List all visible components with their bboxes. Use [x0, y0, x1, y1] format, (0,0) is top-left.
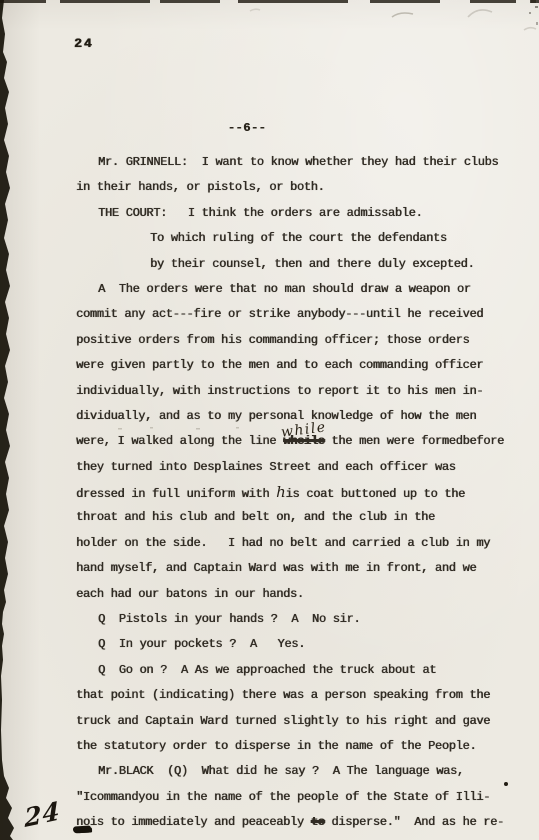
typed-line: Q In your pockets ? A Yes.	[76, 632, 528, 657]
typed-line: the statutory order to disperse in the n…	[76, 734, 528, 759]
transcript-page: 24 --6-- Mr. GRINNELL: I want to know wh…	[0, 0, 539, 840]
typed-line: hand myself, and Captain Ward was with m…	[76, 556, 528, 581]
handwritten-correction: while	[280, 416, 329, 447]
typed-line: THE COURT: I think the orders are admiss…	[76, 201, 528, 226]
typed-line: truck and Captain Ward turned slightly t…	[76, 709, 528, 734]
struck-out-word: to	[311, 815, 325, 829]
page-number-bottom-handwritten: 24	[24, 796, 61, 833]
section-marker: --6--	[0, 121, 494, 135]
typed-line: "Icommandyou in the name of the people o…	[76, 785, 528, 810]
typed-line: Q Pistols in your hands ? A No sir.	[76, 607, 528, 632]
typed-line: they turned into Desplaines Street and e…	[76, 455, 528, 480]
pencil-marks	[250, 9, 536, 30]
typed-line: To which ruling of the court the defenda…	[76, 226, 528, 251]
typed-line: were given partly to the men and to each…	[76, 353, 528, 378]
typed-line: in their hands, or pistols, or both.	[76, 175, 528, 200]
corner-specks	[529, 0, 538, 25]
typed-line: that point (indicating) there was a pers…	[76, 683, 528, 708]
typed-line: Mr.BLACK (Q) What did he say ? A The lan…	[76, 759, 528, 784]
transcript-body: Mr. GRINNELL: I want to know whether the…	[76, 150, 528, 836]
typed-line: holder on the side. I had no belt and ca…	[76, 531, 528, 556]
typed-line: Q Go on ? A As we approached the truck a…	[76, 658, 528, 683]
handwritten-insert: h	[276, 483, 285, 501]
typed-line: positive orders from his commanding offi…	[76, 328, 528, 353]
typed-line: throat and his club and belt on, and the…	[76, 505, 528, 530]
typed-line: nois to immediately and peaceably to dis…	[76, 810, 528, 835]
ink-dot	[504, 782, 508, 786]
typed-line: were, I walked along the line wheilewhil…	[76, 429, 528, 454]
page-number-top: 24	[74, 36, 94, 51]
typed-line: commit any act---fire or strike anybody-…	[76, 302, 528, 327]
struck-out-word: wheilewhile	[283, 434, 324, 448]
typed-line: Mr. GRINNELL: I want to know whether the…	[76, 150, 528, 175]
typed-line: by their counsel, then and there duly ex…	[76, 252, 528, 277]
typed-line: dressed in full uniform with his coat bu…	[76, 480, 528, 505]
typed-line: individually, with instructions to repor…	[76, 379, 528, 404]
typed-line: each had our batons in our hands.	[76, 582, 528, 607]
ink-smudge	[73, 826, 91, 834]
typed-line: A The orders were that no man should dra…	[76, 277, 528, 302]
